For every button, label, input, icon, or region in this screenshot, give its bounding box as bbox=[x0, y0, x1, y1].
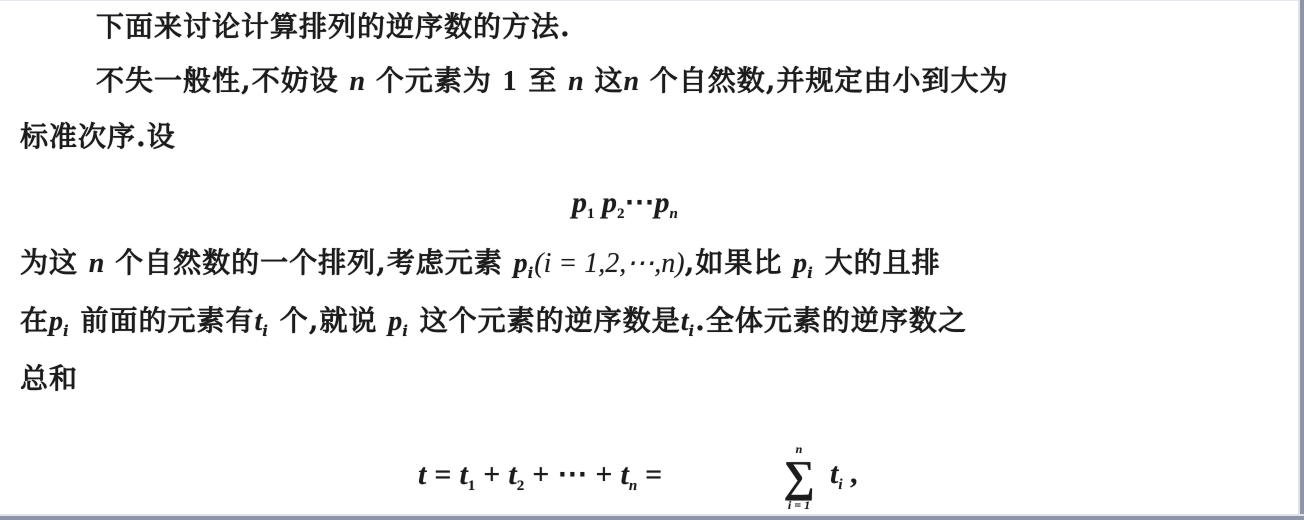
text-segment: 标准次序.设 bbox=[20, 120, 176, 153]
math-p: p bbox=[388, 306, 402, 337]
text-segment: ,如果比 bbox=[685, 246, 783, 279]
text-segment: 这 bbox=[594, 64, 623, 97]
math-p: p bbox=[793, 248, 807, 279]
math-one: 1 bbox=[503, 66, 518, 97]
paragraph-assumption-line-2: 标准次序.设 bbox=[20, 119, 176, 155]
subscript: n bbox=[629, 478, 637, 494]
subscript: i bbox=[807, 264, 814, 282]
paragraph-intro: 下面来讨论计算排列的逆序数的方法. bbox=[96, 9, 571, 45]
paragraph-definition-line-2: 在pi 前面的元素有ti 个,就说 pi 这个元素的逆序数是ti.全体元素的逆序… bbox=[20, 303, 967, 349]
paragraph-assumption-line-1: 不失一般性,不妨设 n 个元素为 1 至 n 这n 个自然数,并规定由小到大为 bbox=[96, 63, 1009, 100]
document-page: 下面来讨论计算排列的逆序数的方法. 不失一般性,不妨设 n 个元素为 1 至 n… bbox=[0, 0, 1298, 515]
math-plus: + bbox=[595, 458, 612, 491]
math-equals: = bbox=[434, 458, 451, 491]
math-plus: + bbox=[532, 458, 549, 491]
subscript: i bbox=[838, 477, 842, 493]
summation: n ∑ i = 1 bbox=[776, 443, 822, 511]
intro-text: 下面来讨论计算排列的逆序数的方法. bbox=[96, 10, 571, 43]
math-plus: + bbox=[483, 458, 500, 491]
text-segment: 在 bbox=[20, 304, 49, 337]
math-n: n bbox=[568, 66, 584, 97]
math-p: p bbox=[49, 306, 63, 337]
text-segment: 不失一般性,不妨设 bbox=[96, 64, 339, 97]
text-segment: 个自然数的一个排列,考虑元素 bbox=[115, 246, 503, 279]
text-segment: 总和 bbox=[20, 362, 78, 395]
sum-expansion: t=t1+t2+⋯+tn= bbox=[418, 457, 670, 495]
text-segment: 至 bbox=[528, 64, 557, 97]
math-n: n bbox=[350, 66, 366, 97]
subscript: i bbox=[262, 322, 269, 340]
math-n: n bbox=[623, 66, 639, 97]
paragraph-definition-line-1: 为这 n 个自然数的一个排列,考虑元素 pi(i = 1,2,⋯,n),如果比 … bbox=[20, 245, 941, 291]
math-n: n bbox=[89, 248, 105, 279]
subscript: 1 bbox=[468, 478, 476, 494]
math-p: p bbox=[602, 186, 617, 219]
math-dots: ⋯ bbox=[625, 186, 655, 219]
window-frame-bottom bbox=[0, 514, 1304, 520]
window-frame-right bbox=[1298, 0, 1304, 520]
math-p: p bbox=[572, 186, 587, 219]
text-segment: 为这 bbox=[20, 246, 78, 279]
math-t: t bbox=[418, 458, 426, 491]
math-t: t bbox=[620, 458, 628, 491]
math-equals: = bbox=[645, 458, 662, 491]
math-p: p bbox=[514, 248, 528, 279]
subscript: 2 bbox=[617, 206, 625, 222]
text-segment: 个,就说 bbox=[280, 304, 378, 337]
subscript: 2 bbox=[517, 478, 525, 494]
text-segment: 大的且排 bbox=[825, 246, 941, 279]
subscript: 1 bbox=[587, 206, 595, 222]
math-index-range: (i = 1,2,⋯,n) bbox=[534, 248, 684, 279]
sigma-symbol: ∑ bbox=[776, 455, 822, 499]
summand: ti , bbox=[830, 457, 858, 494]
paragraph-definition-line-3: 总和 bbox=[20, 361, 78, 397]
math-comma: , bbox=[850, 457, 858, 490]
math-t: t bbox=[508, 458, 516, 491]
subscript: n bbox=[670, 206, 678, 222]
text-segment: 这个元素的逆序数是 bbox=[420, 304, 681, 337]
math-dots: ⋯ bbox=[557, 458, 587, 491]
subscript: i bbox=[63, 322, 70, 340]
subscript: i bbox=[402, 322, 409, 340]
math-p: p bbox=[655, 186, 670, 219]
text-segment: .全体元素的逆序数之 bbox=[695, 304, 967, 337]
text-segment: 个自然数,并规定由小到大为 bbox=[650, 64, 1009, 97]
math-t: t bbox=[459, 458, 467, 491]
text-segment: 前面的元素有 bbox=[80, 304, 254, 337]
text-segment: 个元素为 bbox=[376, 64, 492, 97]
display-formula-permutation: p1 p2⋯pn bbox=[572, 185, 678, 232]
